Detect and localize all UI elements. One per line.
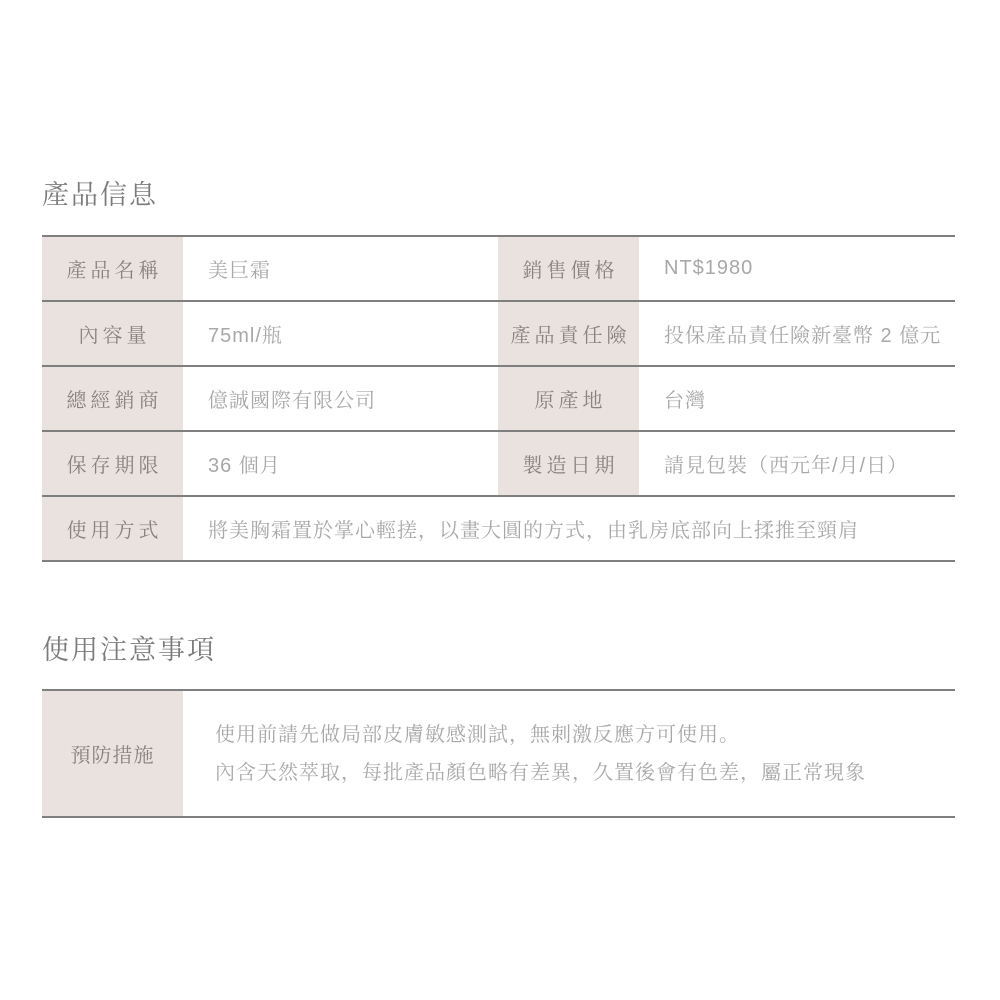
value-shelf-life: 36 個月	[183, 432, 498, 495]
table-row-4: 保存期限 36 個月 製造日期 請見包裝（西元年/月/日）	[42, 432, 955, 497]
table-row-3: 總經銷商 億誠國際有限公司 原產地 台灣	[42, 367, 955, 432]
table-row-1: 產品名稱 美巨霜 銷售價格 NT$1980	[42, 237, 955, 302]
label-liability-insurance: 產品責任險	[498, 302, 639, 365]
label-preventive-measures: 預防措施	[42, 691, 183, 816]
precautions-table: 預防措施 使用前請先做局部皮膚敏感測試，無刺激反應方可使用。 內含天然萃取，每批…	[42, 689, 955, 818]
label-origin: 原產地	[498, 367, 639, 430]
value-product-name: 美巨霜	[183, 237, 498, 300]
product-info-table: 產品名稱 美巨霜 銷售價格 NT$1980 內容量 75ml/瓶 產品責任險 投…	[42, 235, 955, 562]
value-manufacture-date: 請見包裝（西元年/月/日）	[639, 432, 955, 495]
product-info-page: 產品信息 產品名稱 美巨霜 銷售價格 NT$1980 內容量 75ml/瓶 產品…	[0, 0, 1000, 1000]
label-distributor: 總經銷商	[42, 367, 183, 430]
precaution-line-1: 使用前請先做局部皮膚敏感測試，無刺激反應方可使用。	[215, 716, 955, 754]
value-net-content: 75ml/瓶	[183, 302, 498, 365]
label-net-content: 內容量	[42, 302, 183, 365]
label-shelf-life: 保存期限	[42, 432, 183, 495]
section-title-product-info: 產品信息	[42, 177, 955, 213]
value-usage-method: 將美胸霜置於掌心輕搓，以畫大圓的方式，由乳房底部向上揉推至頸肩	[183, 497, 955, 560]
section-title-precautions: 使用注意事項	[42, 632, 955, 668]
value-preventive-measures: 使用前請先做局部皮膚敏感測試，無刺激反應方可使用。 內含天然萃取，每批產品顏色略…	[183, 691, 955, 816]
value-sale-price: NT$1980	[639, 237, 955, 300]
content-area: 產品信息 產品名稱 美巨霜 銷售價格 NT$1980 內容量 75ml/瓶 產品…	[42, 0, 955, 818]
value-liability-insurance: 投保產品責任險新臺幣 2 億元	[639, 302, 955, 365]
label-usage-method: 使用方式	[42, 497, 183, 560]
precaution-line-2: 內含天然萃取，每批產品顏色略有差異，久置後會有色差，屬正常現象	[215, 754, 955, 792]
label-manufacture-date: 製造日期	[498, 432, 639, 495]
label-product-name: 產品名稱	[42, 237, 183, 300]
value-distributor: 億誠國際有限公司	[183, 367, 498, 430]
value-origin: 台灣	[639, 367, 955, 430]
table-row-2: 內容量 75ml/瓶 產品責任險 投保產品責任險新臺幣 2 億元	[42, 302, 955, 367]
label-sale-price: 銷售價格	[498, 237, 639, 300]
table-row-5: 使用方式 將美胸霜置於掌心輕搓，以畫大圓的方式，由乳房底部向上揉推至頸肩	[42, 497, 955, 562]
